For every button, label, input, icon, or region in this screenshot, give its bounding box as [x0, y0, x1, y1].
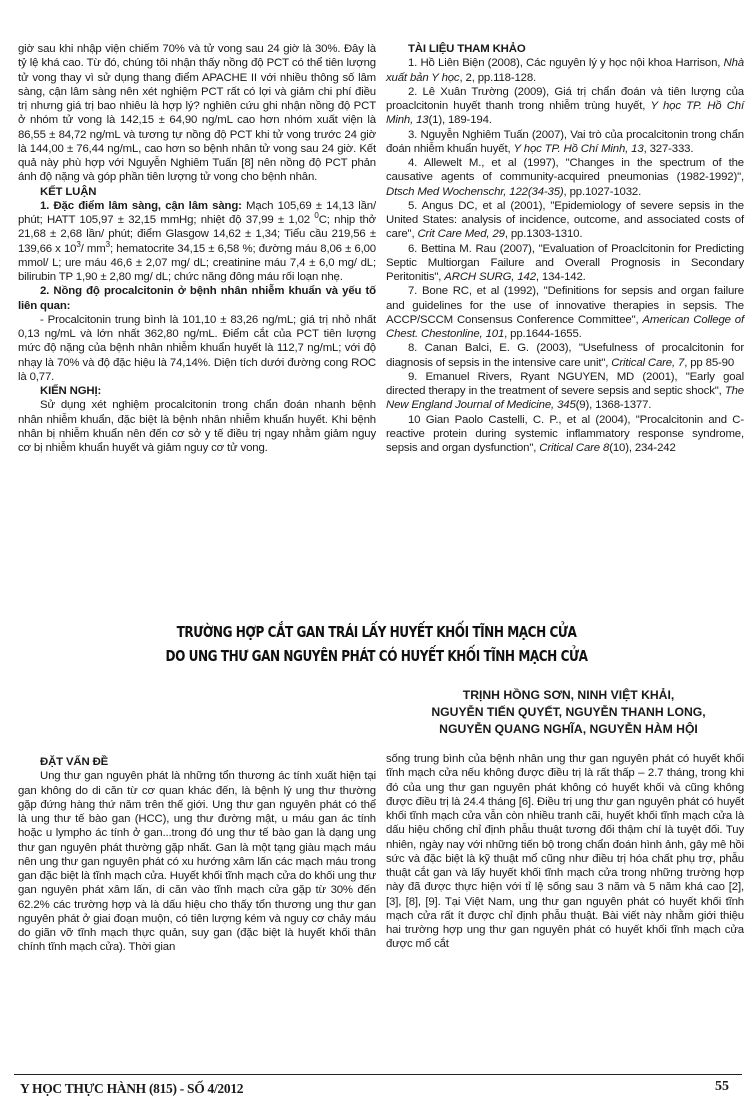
conclusion-1-label: 1. Đặc điểm lâm sàng, cận lâm sàng: — [40, 200, 242, 212]
conclusion-1-paragraph: 1. Đặc điểm lâm sàng, cận lâm sàng: Mạch… — [18, 199, 376, 285]
conclusion-heading: KẾT LUẬN — [18, 185, 376, 199]
reference-item: 5. Angus DC, et al (2001), "Epidemiology… — [386, 199, 744, 242]
authors-line-2: NGUYỄN TIẾN QUYẾT, NGUYỄN THANH LONG, — [386, 704, 751, 721]
recommendation-paragraph: Sử dụng xét nghiệm procalcitonin trong c… — [18, 398, 376, 455]
reference-item: 3. Nguyễn Nghiêm Tuấn (2007), Vai trò củ… — [386, 128, 744, 157]
reference-item: 9. Emanuel Rivers, Ryant NGUYEN, MD (200… — [386, 370, 744, 413]
journal-issue-label: Y HỌC THỰC HÀNH (815) - SỐ 4/2012 — [20, 1081, 243, 1097]
recommendation-heading: KIẾN NGHỊ: — [18, 384, 376, 398]
conclusion-2-label: 2. Nồng độ procalcitonin ở bệnh nhân nhi… — [18, 284, 376, 313]
reference-item: 6. Bettina M. Rau (2007), "Evaluation of… — [386, 242, 744, 285]
footer-divider — [14, 1074, 742, 1075]
reference-item: 4. Allewelt M., et al (1997), "Changes i… — [386, 156, 744, 199]
previous-article-discussion-column: giờ sau khi nhập viện chiếm 70% và tử vo… — [18, 42, 376, 455]
article-title-line-1: TRƯỜNG HỢP CẮT GAN TRÁI LẤY HUYẾT KHỐI T… — [83, 620, 670, 644]
introduction-paragraph-left: Ung thư gan nguyên phát là những tổn thư… — [18, 769, 376, 954]
conclusion-2-paragraph: - Procalcitonin trung bình là 101,10 ± 8… — [18, 313, 376, 384]
references-column: TÀI LIỆU THAM KHẢO 1. Hồ Liên Biện (2008… — [386, 42, 744, 455]
introduction-paragraph-right: sống trung bình của bệnh nhân ung thư ga… — [386, 752, 744, 952]
reference-item: 1. Hồ Liên Biện (2008), Các nguyên lý y … — [386, 56, 744, 85]
reference-item: 8. Canan Balci, E. G. (2003), "Usefulnes… — [386, 341, 744, 370]
references-heading: TÀI LIỆU THAM KHẢO — [386, 42, 744, 56]
introduction-heading: ĐẶT VẤN ĐỀ — [18, 755, 376, 769]
discussion-paragraph: giờ sau khi nhập viện chiếm 70% và tử vo… — [18, 42, 376, 185]
reference-item: 2. Lê Xuân Trường (2009), Giá trị chẩn đ… — [386, 85, 744, 128]
reference-item: 10 Gian Paolo Castelli, C. P., et al (20… — [386, 413, 744, 456]
article-title: TRƯỜNG HỢP CẮT GAN TRÁI LẤY HUYẾT KHỐI T… — [83, 620, 670, 668]
article-title-line-2: DO UNG THƯ GAN NGUYÊN PHÁT CÓ HUYẾT KHỐI… — [83, 644, 670, 668]
authors-line-3: NGUYỄN QUANG NGHĨA, NGUYỄN HÀM HỘI — [386, 721, 751, 738]
authors-line-1: TRỊNH HỒNG SƠN, NINH VIỆT KHẢI, — [386, 687, 751, 704]
article-authors: TRỊNH HỒNG SƠN, NINH VIỆT KHẢI, NGUYỄN T… — [386, 687, 751, 738]
reference-item: 7. Bone RC, et al (1992), "Definitions f… — [386, 284, 744, 341]
page-number: 55 — [715, 1079, 729, 1095]
introduction-column-right: sống trung bình của bệnh nhân ung thư ga… — [386, 752, 744, 952]
introduction-column-left: ĐẶT VẤN ĐỀ Ung thư gan nguyên phát là nh… — [18, 755, 376, 955]
